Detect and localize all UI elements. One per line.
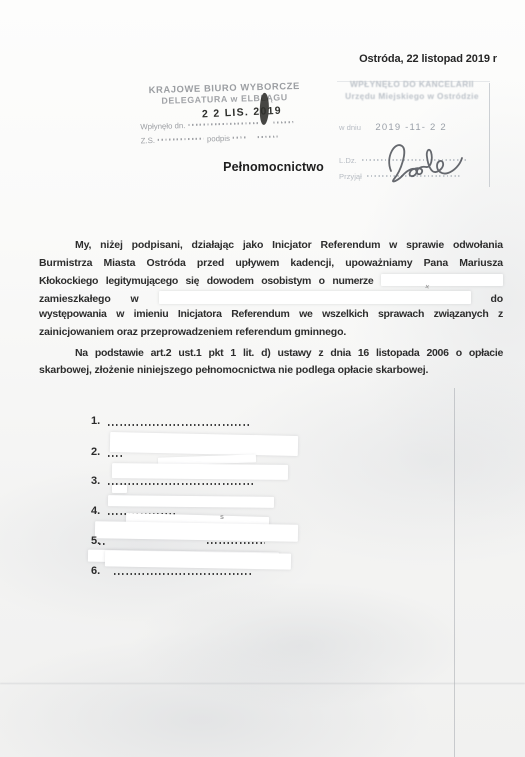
redaction-box-id-number <box>381 274 503 286</box>
zs-label: Z.S. <box>141 136 156 145</box>
paper-crease <box>0 683 525 684</box>
signature-dotted-line <box>99 543 106 545</box>
list-item-number: 2. <box>91 446 100 458</box>
paragraph1-line2: Burmistrza Miasta Ostróda przed upływem … <box>39 257 503 270</box>
redaction-box <box>105 550 291 569</box>
paragraph2-line1: Na podstawie art.2 ust.1 pkt 1 lit. d) u… <box>39 347 503 360</box>
paragraph1-line4-after: do <box>490 293 503 305</box>
stamp-signature-row: Z.S.podpis <box>141 132 281 145</box>
paragraph1-line3-text: Kłokockiego legitymującego się dowodem o… <box>39 275 373 287</box>
list-item-number: 6. <box>91 565 100 577</box>
stamp-krajowe-biuro-wyborcze: KRAJOWE BIURO WYBORCZE DELEGATURA w ELBL… <box>135 80 315 149</box>
stamp-office-line1: WPŁYNĘŁO DO KANCELARII <box>337 79 487 89</box>
dotted-line <box>233 136 247 138</box>
paragraph1-line6: zainicjowaniem oraz przeprowadzeniem ref… <box>39 326 503 339</box>
dotted-line <box>158 138 204 141</box>
stray-mark: s <box>220 514 224 521</box>
list-item-number: 4. <box>91 505 100 517</box>
signature-dotted-line <box>108 424 251 426</box>
dotted-line <box>273 121 293 124</box>
stamp-date-value: 2019 -11- 2 2 <box>375 122 446 133</box>
scan-fold-line <box>454 388 455 757</box>
paragraph1-line4: zamieszkałego w do <box>39 291 503 306</box>
list-item-number: 1. <box>91 415 100 427</box>
signature-dotted-line <box>108 483 253 485</box>
redaction-box <box>108 495 274 508</box>
stamp-received-row: Wpłynęło dn. <box>140 118 296 131</box>
paragraph1-line1: My, niżej podpisani, działając jako Inic… <box>39 239 503 252</box>
paragraph1-line3: Kłokockiego legitymującego się dowodem o… <box>39 274 503 288</box>
redaction-box <box>112 463 288 480</box>
list-item-number: 5. <box>91 535 100 547</box>
podpis-label: podpis <box>207 134 230 144</box>
redaction-box <box>95 521 298 542</box>
w-dniu-label: w dniu <box>339 123 361 132</box>
document-title: Pełnomocnictwo <box>0 160 525 174</box>
document-date: Ostróda, 22 listopad 2019 r <box>359 53 497 65</box>
signature-dotted-line <box>114 573 251 575</box>
received-date-label: Wpłynęło dn. <box>140 121 185 131</box>
paragraph1-line5: występowania w imieniu Inicjatora Refere… <box>39 308 503 321</box>
signature-dotted-line <box>108 455 123 457</box>
redaction-box-address <box>159 291 471 304</box>
stamp-date-row: w dniu 2019 -11- 2 2 <box>339 117 447 135</box>
signature-dotted-line <box>207 542 265 544</box>
dotted-line <box>258 136 278 139</box>
redaction-box <box>110 432 298 456</box>
paragraph2-line2: skarbowej, złożenie niniejszego pełnomoc… <box>39 364 503 377</box>
stamp-office-line2: Urzędu Miejskiego w Ostródzie <box>337 91 487 101</box>
dotted-line <box>188 122 260 126</box>
scanned-document-page: Ostróda, 22 listopad 2019 r KRAJOWE BIUR… <box>0 0 525 757</box>
redaction-box <box>112 485 127 493</box>
paragraph1-line4-before: zamieszkałego w <box>39 293 139 305</box>
list-item-number: 3. <box>91 475 100 487</box>
